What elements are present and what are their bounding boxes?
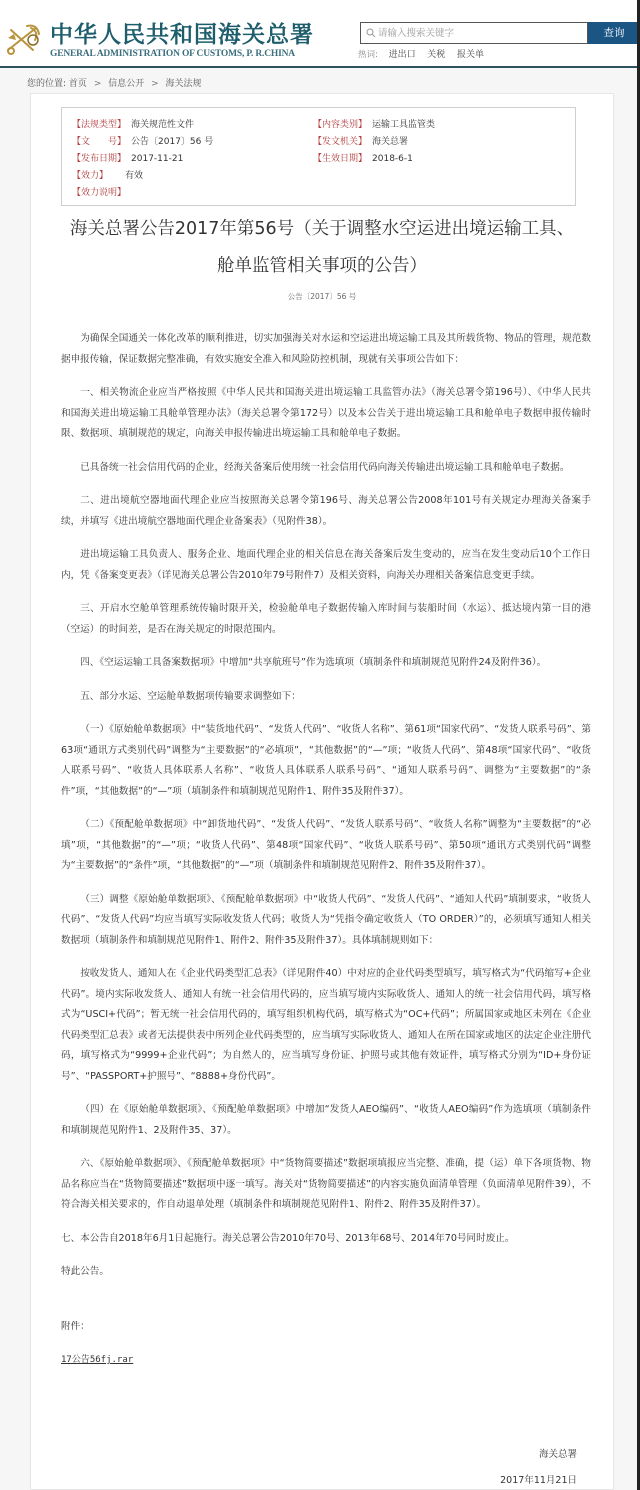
meta-label: 【发文机关】 [313,134,367,147]
meta-label: 【内容类别】 [313,117,367,130]
meta-value: 海关总署 [372,137,408,147]
meta-issuing-authority: 【发文机关】海关总署 [313,134,408,147]
header-divider [0,66,640,68]
hot-link-declaration[interactable]: 报关单 [457,50,484,60]
meta-doc-number: 【文 号】公告〔2017〕56 号 [72,134,213,147]
meta-value: 公告〔2017〕56 号 [131,137,213,147]
hot-link-import-export[interactable]: 进出口 [389,50,416,60]
meta-value: 2017-11-21 [131,154,183,164]
meta-publish-date: 【发布日期】2017-11-21 [72,151,183,164]
meta-effective-date: 【生效日期】2018-6-1 [313,151,413,164]
meta-validity-note: 【效力说明】 [72,185,131,198]
paragraph: （四）在《原始舱单数据项》、《预配舱单数据项》中增加“发货人AEO编码”、“收货… [61,1100,591,1141]
paragraph: 按收发货人、通知人在《企业代码类型汇总表》（详见附件40）中对应的企业代码类型填… [61,964,591,1087]
article-title-line-1: 海关总署公告2017年第56号（关于调整水空运进出境运输工具、 [31,211,613,248]
attachment-label: 附件： [61,1317,591,1338]
breadcrumb-separator: > [151,79,159,89]
paragraph: 七、本公告自2018年6月1日起施行。海关总署公告2010年70号、2013年6… [61,1229,591,1250]
breadcrumb: 您的位置: 首页 > 信息公开 > 海关法规 [27,76,202,89]
meta-value: 有效 [125,171,143,181]
breadcrumb-home[interactable]: 首页 [69,79,87,89]
meta-value: 2018-6-1 [372,154,413,164]
article-doc-number: 公告〔2017〕56 号 [31,291,613,302]
content-panel: 【法规类型】海关规范性文件 【文 号】公告〔2017〕56 号 【发布日期】20… [30,93,614,1490]
meta-value: 运输工具监管类 [372,120,435,130]
paragraph: （一）《原始舱单数据项》中“装货地代码”、“发货人代码”、“收货人名称”、第61… [61,720,591,802]
paragraph: 为确保全国通关一体化改革的顺利推进，切实加强海关对水运和空运进出境运输工具及其所… [61,329,591,370]
attachment-download-link[interactable]: 17公告56fj.rar [61,1355,133,1365]
site-title-en: GENERAL ADMINISTRATION OF CUSTOMS, P. R.… [50,49,295,59]
meta-label: 【生效日期】 [313,151,367,164]
search-icon [366,28,376,38]
meta-validity: 【效力】有效 [72,168,143,181]
search-input[interactable] [378,23,583,43]
paragraph: 已具备统一社会信用代码的企业，经海关备案后使用统一社会信用代码向海关传输进出境运… [61,458,591,479]
hot-keywords: 热词: 进出口 关税 报关单 [358,47,493,60]
meta-label: 【发布日期】 [72,151,126,164]
paragraph: 二、进出境航空器地面代理企业应当按照海关总署令第196号、海关总署公告2008年… [61,491,591,532]
site-header: 中华人民共和国海关总署 GENERAL ADMINISTRATION OF CU… [0,0,640,66]
site-title-cn[interactable]: 中华人民共和国海关总署 [50,16,314,49]
meta-value: 海关规范性文件 [131,120,194,130]
search-button[interactable]: 查询 [588,22,640,44]
article-title-line-2: 舱单监管相关事项的公告） [31,248,613,285]
hot-keywords-label: 热词: [358,50,378,60]
paragraph: 四、《空运运输工具备案数据项》中增加“共享航班号”作为选填项（填制条件和填制规范… [61,653,591,674]
paragraph: 六、《原始舱单数据项》、《预配舱单数据项》中“货物简要描述”数据项填报应当完整、… [61,1154,591,1216]
meta-label: 【法规类型】 [72,117,126,130]
paragraph: （三）调整《原始舱单数据项》、《预配舱单数据项》中“收货人代码”、“发货人代码”… [61,890,591,952]
article-title: 海关总署公告2017年第56号（关于调整水空运进出境运输工具、 舱单监管相关事项… [31,211,613,285]
signature-authority: 海关总署 [539,1446,577,1460]
paragraph: （二）《预配舱单数据项》中“卸货地代码”、“发货人代码”、“发货人联系号码”、“… [61,815,591,877]
meta-label: 【效力说明】 [72,185,126,198]
meta-regulation-type: 【法规类型】海关规范性文件 [72,117,194,130]
paragraph: 特此公告。 [61,1262,591,1283]
paragraph: 一、相关物流企业应当严格按照《中华人民共和国海关进出境运输工具监管办法》（海关总… [61,383,591,445]
breadcrumb-customs-regulations[interactable]: 海关法规 [166,79,202,89]
meta-label: 【文 号】 [72,134,126,147]
regulation-meta-box: 【法规类型】海关规范性文件 【文 号】公告〔2017〕56 号 【发布日期】20… [61,107,576,206]
customs-emblem-icon [3,18,43,58]
meta-label: 【效力】 [72,168,120,181]
search-box [360,22,588,44]
breadcrumb-separator: > [94,79,102,89]
hot-link-tariff[interactable]: 关税 [427,50,445,60]
paragraph: 进出境运输工具负责人、服务企业、地面代理企业的相关信息在海关备案后发生变动的，应… [61,545,591,586]
article-body: 为确保全国通关一体化改革的顺利推进，切实加强海关对水运和空运进出境运输工具及其所… [61,329,591,1384]
meta-content-category: 【内容类别】运输工具监管类 [313,117,435,130]
paragraph: 五、部分水运、空运舱单数据项传输要求调整如下： [61,687,591,708]
breadcrumb-info-disclosure[interactable]: 信息公开 [108,79,144,89]
paragraph: 三、开启水空舱单管理系统传输时限开关，检验舱单电子数据传输入库时间与装船时间（水… [61,599,591,640]
signature-date: 2017年11月21日 [500,1472,577,1486]
breadcrumb-prefix: 您的位置: [27,79,66,89]
